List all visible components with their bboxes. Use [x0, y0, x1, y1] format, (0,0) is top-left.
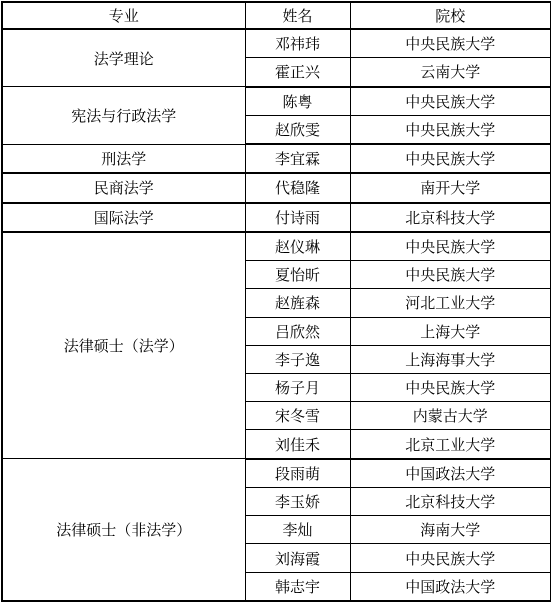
major-cell: 刑法学: [2, 144, 245, 173]
school-cell: 中国政法大学: [350, 572, 551, 601]
column-header-major: 专业: [2, 2, 245, 29]
name-cell: 李子逸: [245, 345, 350, 373]
column-header-name: 姓名: [245, 2, 350, 29]
name-cell: 陈粤: [245, 87, 350, 116]
major-cell: 法律硕士（非法学）: [2, 459, 245, 601]
major-cell: 民商法学: [2, 173, 245, 202]
header-row: 专业 姓名 院校: [2, 2, 551, 29]
table-row: 国际法学付诗雨北京科技大学: [2, 203, 551, 232]
school-cell: 中央民族大学: [350, 29, 551, 58]
school-cell: 中央民族大学: [350, 144, 551, 173]
table-row: 法律硕士（非法学）段雨萌中国政法大学: [2, 459, 551, 488]
column-header-school: 院校: [350, 2, 551, 29]
name-cell: 韩志宇: [245, 572, 350, 601]
school-cell: 南开大学: [350, 173, 551, 202]
school-cell: 云南大学: [350, 58, 551, 87]
name-cell: 夏怡昕: [245, 261, 350, 289]
table-body: 法学理论邓祎玮中央民族大学霍正兴云南大学宪法与行政法学陈粤中央民族大学赵欣雯中央…: [2, 29, 551, 601]
document-page: 专业 姓名 院校 法学理论邓祎玮中央民族大学霍正兴云南大学宪法与行政法学陈粤中央…: [0, 0, 551, 603]
school-cell: 北京工业大学: [350, 430, 551, 459]
name-cell: 李灿: [245, 516, 350, 544]
name-cell: 李玉娇: [245, 487, 350, 515]
name-cell: 霍正兴: [245, 58, 350, 87]
major-cell: 宪法与行政法学: [2, 87, 245, 145]
table-row: 宪法与行政法学陈粤中央民族大学: [2, 87, 551, 116]
school-cell: 中央民族大学: [350, 232, 551, 261]
name-cell: 杨子月: [245, 374, 350, 402]
school-cell: 中国政法大学: [350, 459, 551, 488]
name-cell: 邓祎玮: [245, 29, 350, 58]
name-cell: 段雨萌: [245, 459, 350, 488]
name-cell: 刘佳禾: [245, 430, 350, 459]
name-cell: 赵仪琳: [245, 232, 350, 261]
school-cell: 北京科技大学: [350, 487, 551, 515]
name-cell: 赵旌森: [245, 289, 350, 317]
name-cell: 李宜霖: [245, 144, 350, 173]
school-cell: 海南大学: [350, 516, 551, 544]
name-cell: 宋冬雪: [245, 402, 350, 430]
name-cell: 吕欣然: [245, 317, 350, 345]
table-row: 民商法学代稳隆南开大学: [2, 173, 551, 202]
school-cell: 中央民族大学: [350, 115, 551, 144]
table-row: 法学理论邓祎玮中央民族大学: [2, 29, 551, 58]
name-cell: 刘海霞: [245, 544, 350, 572]
major-cell: 国际法学: [2, 203, 245, 232]
school-cell: 上海海事大学: [350, 345, 551, 373]
school-cell: 上海大学: [350, 317, 551, 345]
major-cell: 法律硕士（法学）: [2, 232, 245, 459]
name-cell: 赵欣雯: [245, 115, 350, 144]
school-cell: 中央民族大学: [350, 87, 551, 116]
school-cell: 中央民族大学: [350, 374, 551, 402]
table-row: 刑法学李宜霖中央民族大学: [2, 144, 551, 173]
table-row: 法律硕士（法学）赵仪琳中央民族大学: [2, 232, 551, 261]
name-cell: 代稳隆: [245, 173, 350, 202]
admissions-table: 专业 姓名 院校 法学理论邓祎玮中央民族大学霍正兴云南大学宪法与行政法学陈粤中央…: [1, 1, 551, 602]
school-cell: 内蒙古大学: [350, 402, 551, 430]
name-cell: 付诗雨: [245, 203, 350, 232]
school-cell: 中央民族大学: [350, 544, 551, 572]
school-cell: 中央民族大学: [350, 261, 551, 289]
school-cell: 北京科技大学: [350, 203, 551, 232]
major-cell: 法学理论: [2, 29, 245, 87]
school-cell: 河北工业大学: [350, 289, 551, 317]
